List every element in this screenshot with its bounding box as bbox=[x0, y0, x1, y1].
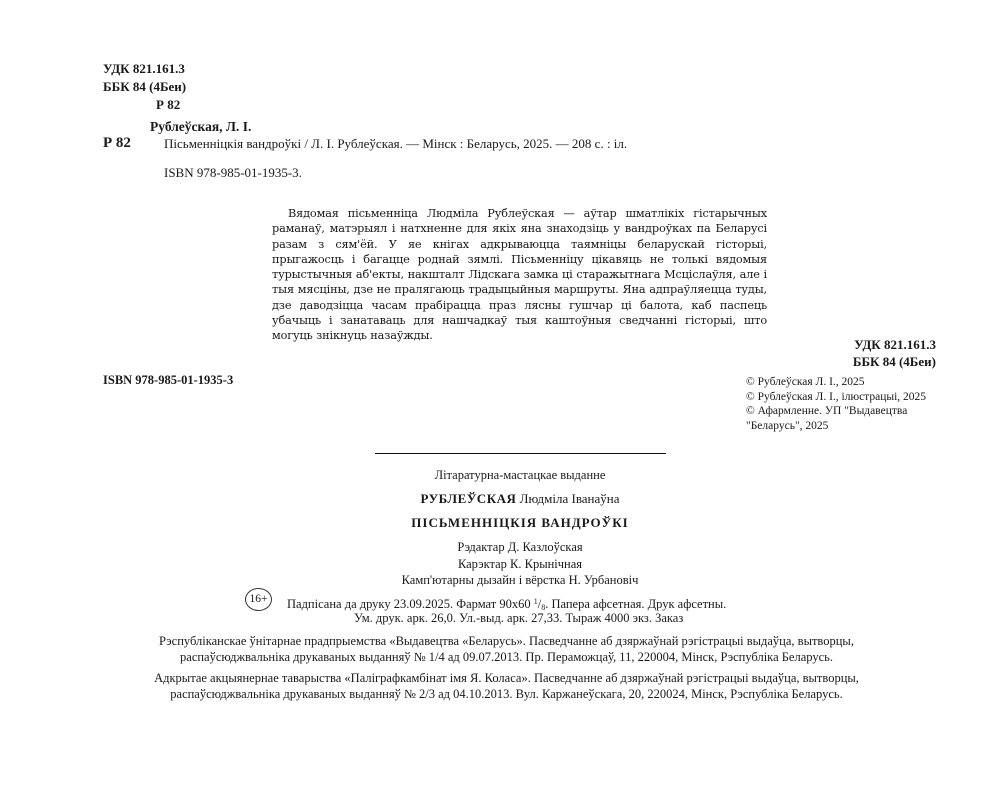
isbn-catalog: ISBN 978-985-01-1935-3. bbox=[164, 164, 302, 181]
corrector-credit: Карэктар К. Крынічная bbox=[0, 556, 1000, 572]
print-date-format: Падпісана да друку 23.09.2025. Фармат 90… bbox=[287, 597, 534, 611]
divider-rule bbox=[375, 453, 666, 454]
age-rating-badge: 16+ bbox=[245, 588, 272, 611]
copyright-line: "Беларусь", 2025 bbox=[746, 419, 926, 434]
copyright-line: © Афармленне. УП "Выдавецтва bbox=[746, 404, 926, 419]
copyright-line: © Рублеўская Л. І., ілюстрацыі, 2025 bbox=[746, 390, 926, 405]
paper-print-type: . Папера афсетная. Друк афсетны. bbox=[545, 597, 726, 611]
print-details-line-2: Ум. друк. арк. 26,0. Ул.-выд. арк. 27,33… bbox=[354, 610, 683, 626]
designer-credit: Камп'ютарны дызайн і вёрстка Н. Урбанові… bbox=[0, 572, 1000, 588]
udk-code: УДК 821.161.3 bbox=[103, 60, 185, 77]
bibliographic-record: Пісьменніцкія вандроўкі / Л. І. Рублеўск… bbox=[164, 135, 627, 152]
copyright-block: © Рублеўская Л. І., 2025 © Рублеўская Л.… bbox=[746, 375, 926, 433]
author-heading: Рублеўская, Л. І. bbox=[150, 118, 251, 135]
publisher-info-line-2: распаўсюджвальніка друкаваных выданняў №… bbox=[0, 649, 1000, 665]
printer-info-line-2: распаўсюджвальніка друкаваных выданняў №… bbox=[0, 686, 1000, 702]
bbk-code-right: ББК 84 (4Беи) bbox=[853, 353, 936, 370]
author-full-name: РУБЛЕЎСКАЯ Людміла Іванаўна bbox=[0, 491, 1000, 507]
editor-credit: Рэдактар Д. Казлоўская bbox=[0, 539, 1000, 555]
author-given-name: Людміла Іванаўна bbox=[520, 491, 620, 506]
genre-label: Літаратурна-мастацкае выданне bbox=[0, 467, 1000, 483]
isbn-bold: ISBN 978-985-01-1935-3 bbox=[103, 372, 233, 388]
udk-code-right: УДК 821.161.3 bbox=[854, 336, 936, 353]
copyright-line: © Рублеўская Л. І., 2025 bbox=[746, 375, 926, 390]
printer-info-line-1: Адкрытае акцыянернае таварыства «Палігра… bbox=[0, 670, 1000, 686]
author-sign-large: Р 82 bbox=[103, 134, 131, 152]
publisher-info-line-1: Рэспубліканскае ўнітарнае прадпрыемства … bbox=[0, 633, 1000, 649]
bbk-code: ББК 84 (4Беи) bbox=[103, 78, 186, 95]
format-numerator: 1 bbox=[534, 597, 538, 606]
author-sign: Р 82 bbox=[156, 96, 180, 113]
book-title: ПІСЬМЕННІЦКІЯ ВАНДРОЎКІ bbox=[0, 515, 1000, 531]
annotation-paragraph: Вядомая пісьменніца Людміла Рублеўская —… bbox=[272, 206, 767, 344]
author-surname: РУБЛЕЎСКАЯ bbox=[420, 491, 516, 506]
